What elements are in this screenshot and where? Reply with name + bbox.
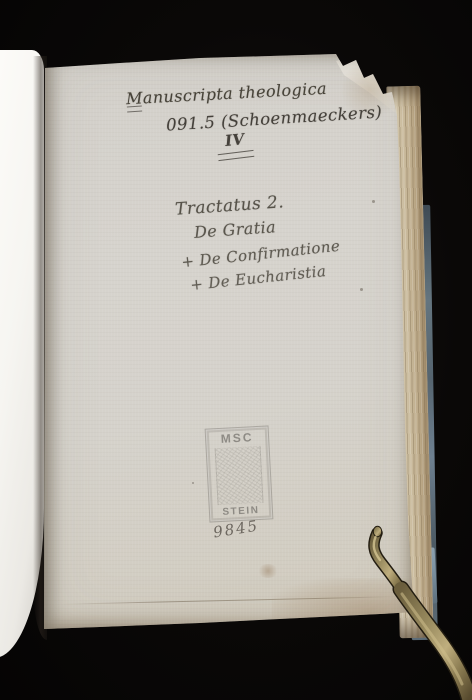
flyleaf-page: Manuscripta theologica 091.5 (Schoenmaec… [42, 48, 416, 633]
book-photo: Manuscripta theologica 091.5 (Schoenmaec… [0, 0, 472, 700]
page-shading [42, 48, 416, 633]
